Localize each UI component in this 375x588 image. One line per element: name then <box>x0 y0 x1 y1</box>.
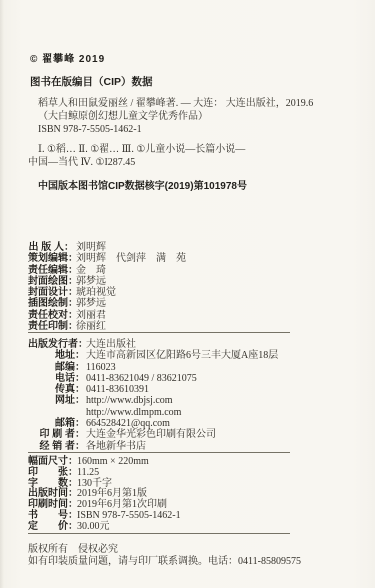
publisher-value: 0411-83610391 <box>86 384 149 395</box>
credit-value: 刘明辉 <box>76 242 106 253</box>
credit-label: 策划编辑： <box>28 253 74 264</box>
book-copyright-page: © 翟攀峰 2019 图书在版编目（CIP）数据 稻草人和田鼠爱丽丝 / 翟攀峰… <box>0 0 375 588</box>
credit-label: 插图绘制： <box>28 298 74 309</box>
publisher-row-address: 地址：大连市高新园区亿阳路6号三丰大厦A座18层 <box>28 350 278 361</box>
publisher-row-website-1: 网址：http://www.dbjsj.com <box>28 395 278 406</box>
publisher-value: 大连金华光彩色印刷有限公司 <box>86 429 216 440</box>
credit-value: 郭梦远 <box>76 276 106 287</box>
credit-label: 责任校对： <box>28 310 74 321</box>
publisher-row-postcode: 邮编：116023 <box>28 362 278 373</box>
publisher-row-fax: 传真：0411-83610391 <box>28 384 278 395</box>
publisher-label: 邮编： <box>28 362 85 373</box>
publisher-info-block: 出版发行者：大连出版社 地址：大连市高新园区亿阳路6号三丰大厦A座18层 邮编：… <box>28 339 278 452</box>
credit-row-planning-editor: 策划编辑：刘明辉 代剑萍 满 苑 <box>28 253 186 264</box>
publisher-label: 经 销 者： <box>28 441 85 452</box>
credit-row-print-supervisor: 责任印制：徐丽红 <box>28 321 186 332</box>
spec-value: 11.25 <box>77 468 99 479</box>
publisher-label: 邮箱： <box>28 418 85 429</box>
cip-isbn-line: ISBN 978-7-5505-1462-1 <box>38 123 313 136</box>
publisher-row-name: 出版发行者：大连出版社 <box>28 339 278 350</box>
credit-row-proofreader: 责任校对：刘丽君 <box>28 310 186 321</box>
cip-class-line-2: 中国—当代 Ⅳ. ①I287.45 <box>28 157 245 170</box>
publisher-value: 各地新华书店 <box>86 441 146 452</box>
cip-record-block: 稻草人和田鼠爱丽丝 / 翟攀峰著. — 大连： 大连出版社，2019.6 （大白… <box>38 97 313 137</box>
credit-label: 封面设计： <box>28 287 74 298</box>
spec-row-sheets: 印 张：11.25 <box>28 468 181 479</box>
credit-label: 出 版 人： <box>28 242 74 253</box>
page-left-edge-shading <box>0 0 4 588</box>
cip-title-line: 稻草人和田鼠爱丽丝 / 翟攀峰著. — 大连： 大连出版社，2019.6 <box>38 97 313 110</box>
spec-row-price: 定 价：30.00元 <box>28 522 181 533</box>
cip-classification-block: Ⅰ. ①稻… Ⅱ. ①翟… Ⅲ. ①儿童小说—长篇小说— 中国—当代 Ⅳ. ①I… <box>28 144 245 169</box>
credit-label: 责任印制： <box>28 321 74 332</box>
credit-value: 琥珀视觉 <box>76 287 116 298</box>
publisher-row-website-2: http://www.dlmpm.com <box>28 407 278 418</box>
cip-heading: 图书在版编目（CIP）数据 <box>30 74 153 89</box>
publisher-value: http://www.dlmpm.com <box>86 407 181 418</box>
quality-contact-line: 如有印装质量问题，请与印厂联系调换。电话：0411-85809575 <box>28 552 301 567</box>
credit-row-responsible-editor: 责任编辑：金 琦 <box>28 265 186 276</box>
publisher-row-phone: 电话：0411-83621049 / 83621075 <box>28 373 278 384</box>
credit-value: 徐丽红 <box>76 321 106 332</box>
publisher-label: 印 刷 者： <box>28 429 85 440</box>
credit-row-cover-design: 封面设计：琥珀视觉 <box>28 287 186 298</box>
spec-label: 印 张： <box>28 468 75 479</box>
credit-value: 郭梦远 <box>76 298 106 309</box>
publisher-label: 电话： <box>28 373 85 384</box>
credit-row-interior-illustration: 插图绘制：郭梦远 <box>28 298 186 309</box>
print-specs-block: 幅面尺寸：160mm × 220mm 印 张：11.25 字 数：130千字 出… <box>28 457 181 533</box>
divider-above-publisher <box>28 332 290 333</box>
credit-row-cover-illustration: 封面绘图：郭梦远 <box>28 276 186 287</box>
cip-registry-number: 中国版本图书馆CIP数据核字(2019)第101978号 <box>38 177 247 192</box>
divider-above-footer <box>28 533 290 534</box>
publisher-label: 出版发行者： <box>28 339 85 350</box>
publisher-value: 0411-83621049 / 83621075 <box>86 373 197 384</box>
publisher-row-distributor: 经 销 者：各地新华书店 <box>28 441 278 452</box>
spec-label: 定 价： <box>28 522 75 533</box>
publisher-label: 传真： <box>28 384 85 395</box>
spec-value: 30.00元 <box>77 522 110 533</box>
credit-value: 刘明辉 代剑萍 满 苑 <box>76 253 186 264</box>
staff-credits-block: 出 版 人：刘明辉 策划编辑：刘明辉 代剑萍 满 苑 责任编辑：金 琦 封面绘图… <box>28 242 186 332</box>
credit-value: 刘丽君 <box>76 310 106 321</box>
credit-label: 封面绘图： <box>28 276 74 287</box>
credit-row-publisher-person: 出 版 人：刘明辉 <box>28 242 186 253</box>
publisher-row-email: 邮箱：664528421@qq.com <box>28 418 278 429</box>
cip-class-line-1: Ⅰ. ①稻… Ⅱ. ①翟… Ⅲ. ①儿童小说—长篇小说— <box>28 144 245 157</box>
copyright-statement: © 翟攀峰 2019 <box>30 50 105 65</box>
publisher-row-printer: 印 刷 者：大连金华光彩色印刷有限公司 <box>28 429 278 440</box>
publisher-value: http://www.dbjsj.com <box>86 395 173 406</box>
credit-label: 责任编辑： <box>28 265 74 276</box>
cip-series-line: （大白鲸原创幻想儿童文学优秀作品） <box>38 110 313 123</box>
publisher-label: 地址： <box>28 350 85 361</box>
publisher-value: 大连出版社 <box>86 339 136 350</box>
credit-value: 金 琦 <box>76 265 106 276</box>
publisher-label: 网址： <box>28 395 85 406</box>
publisher-value: 大连市高新园区亿阳路6号三丰大厦A座18层 <box>86 350 278 361</box>
divider-above-specs <box>28 452 290 453</box>
publisher-value: 664528421@qq.com <box>86 418 170 429</box>
publisher-value: 116023 <box>86 362 116 373</box>
